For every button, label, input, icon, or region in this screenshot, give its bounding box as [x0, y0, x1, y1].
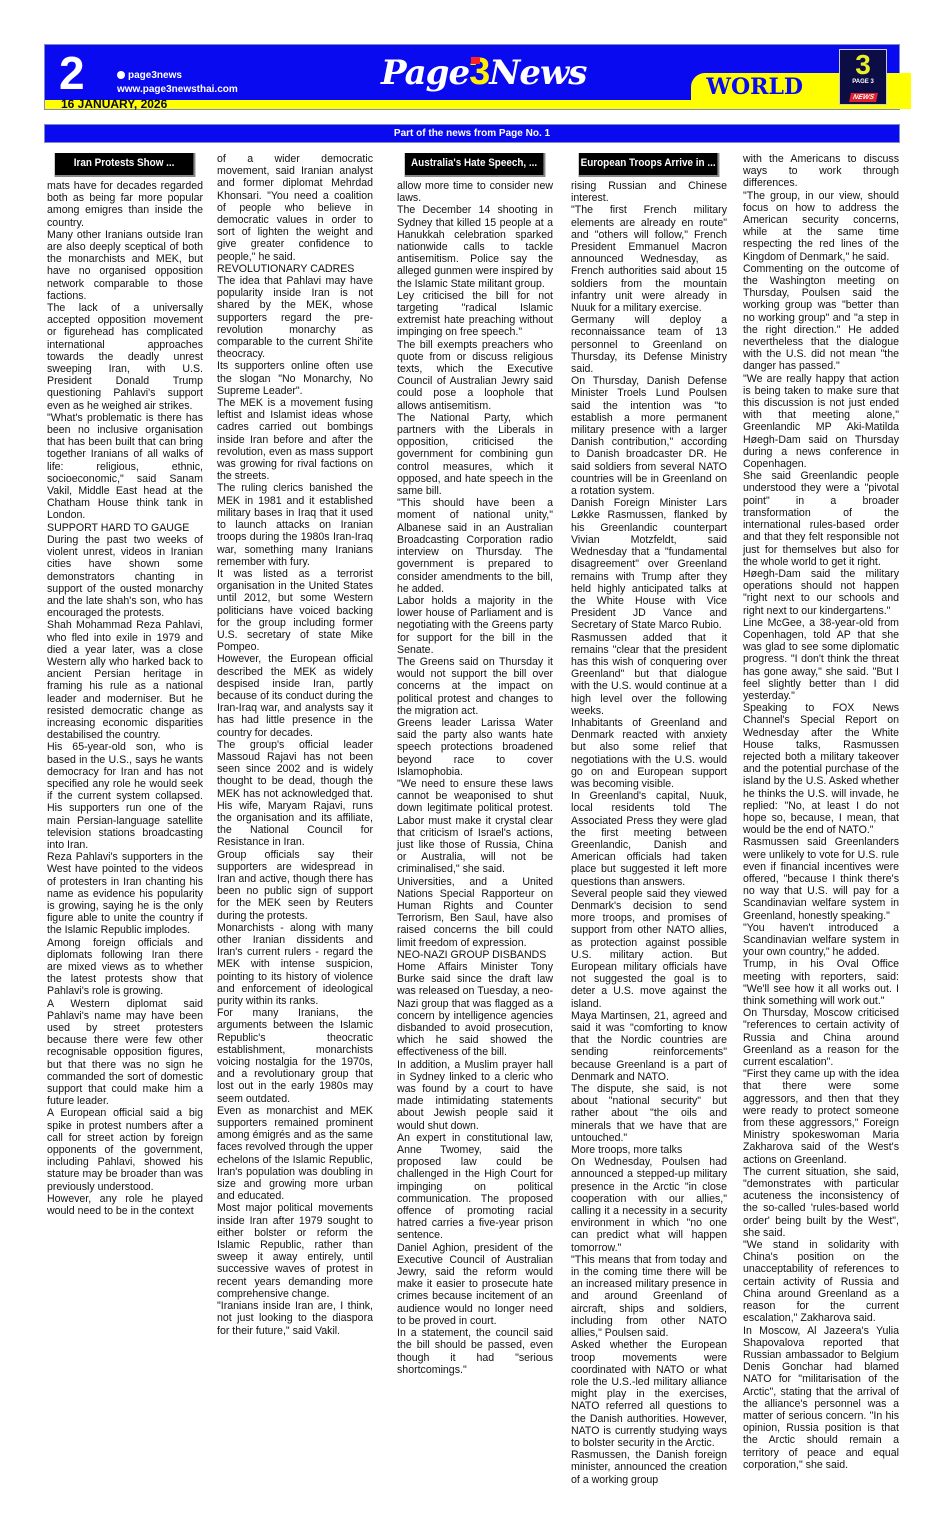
- article-header-australia[interactable]: Australia's Hate Speech, ...: [405, 153, 545, 177]
- article-column-european-troops-cont: with the Americans to discuss ways to wo…: [743, 153, 899, 1471]
- logo-number: 3: [469, 51, 489, 93]
- paragraph: mats have for decades regarded both as b…: [47, 180, 203, 229]
- article-header-european-troops[interactable]: European Troops Arrive in ...: [579, 153, 719, 177]
- paragraph: The dispute, she said, is not about "nat…: [571, 1083, 727, 1144]
- paragraph: Commenting on the outcome of the Washing…: [743, 263, 899, 373]
- paragraph: Its supporters online often use the slog…: [217, 360, 373, 397]
- paragraph: Rasmussen, the Danish foreign minister, …: [571, 1449, 727, 1486]
- article-body: rising Russian and Chinese interest."The…: [571, 180, 727, 1486]
- paragraph: Many other Iranians outside Iran are als…: [47, 229, 203, 302]
- article-column-european-troops: European Troops Arrive in ... rising Rus…: [571, 153, 727, 1486]
- paragraph: A European official said a big spike in …: [47, 1107, 203, 1192]
- paragraph: She said Greenlandic people understood t…: [743, 470, 899, 568]
- paragraph: "What's problematic is there has been no…: [47, 412, 203, 522]
- paragraph: The Greens said on Thursday it would not…: [397, 656, 553, 717]
- article-column-iran: Iran Protests Show ... mats have for dec…: [47, 153, 203, 1217]
- paragraph: On Thursday, Danish Defense Minister Tro…: [571, 375, 727, 497]
- paragraph: Trump, in his Oval Office meeting with r…: [743, 958, 899, 1007]
- article-body: mats have for decades regarded both as b…: [47, 180, 203, 1217]
- paragraph: "We stand in solidarity with China's pos…: [743, 1239, 899, 1324]
- paragraph: allow more time to consider new laws.: [397, 180, 553, 204]
- paragraph: On Thursday, Moscow criticised "referenc…: [743, 1007, 899, 1068]
- paragraph: "You haven't introduced a Scandinavian w…: [743, 922, 899, 959]
- website-link[interactable]: www.page3newsthai.com: [117, 83, 238, 97]
- paragraph: Reza Pahlavi's supporters in the West ha…: [47, 851, 203, 936]
- paragraph: "Iranians inside Iran are, I think, not …: [217, 1300, 373, 1337]
- page-number: 2: [59, 45, 85, 101]
- paragraph: "The group, in our view, should focus on…: [743, 190, 899, 263]
- social-handle: page3news: [128, 70, 182, 81]
- paragraph: In addition, a Muslim prayer hall in Syd…: [397, 1059, 553, 1132]
- paragraph: On Wednesday, Poulsen had announced a st…: [571, 1156, 727, 1254]
- article-body: allow more time to consider new laws.The…: [397, 180, 553, 1376]
- paragraph: Group officials say their supporters are…: [217, 849, 373, 922]
- article-header-iran[interactable]: Iran Protests Show ...: [55, 153, 195, 177]
- subheading: NEO-NAZI GROUP DISBANDS: [397, 949, 553, 961]
- paragraph: For many Iranians, the arguments between…: [217, 1007, 373, 1105]
- paragraph: In Greenland's capital, Nuuk, local resi…: [571, 790, 727, 888]
- paragraph: The ruling clerics banished the MEK in 1…: [217, 482, 373, 567]
- masthead: 2 page3news www.page3newsthai.com 16 JAN…: [44, 44, 900, 110]
- paragraph: The bill exempts preachers who quote fro…: [397, 339, 553, 412]
- article-body: with the Americans to discuss ways to wo…: [743, 153, 899, 1471]
- paragraph: Danish Foreign Minister Lars Løkke Rasmu…: [571, 497, 727, 631]
- paragraph: The group's official leader Massoud Raja…: [217, 739, 373, 849]
- paragraph: Ley criticised the bill for not targetin…: [397, 290, 553, 339]
- article-column-iran-cont: of a wider democratic movement, said Ira…: [217, 153, 373, 1337]
- article-column-australia: Australia's Hate Speech, ... allow more …: [397, 153, 553, 1376]
- subheading: More troops, more talks: [571, 1144, 727, 1156]
- paragraph: Speaking to FOX News Channel's Special R…: [743, 702, 899, 836]
- paragraph: Inhabitants of Greenland and Denmark rea…: [571, 717, 727, 790]
- paragraph: The idea that Pahlavi may have popularit…: [217, 275, 373, 360]
- paragraph: The National Party, which partners with …: [397, 412, 553, 497]
- badge-number: 3: [840, 52, 886, 78]
- paragraph: The current situation, she said, "demons…: [743, 1166, 899, 1239]
- paragraph: Home Affairs Minister Tony Burke said si…: [397, 961, 553, 1059]
- paragraph: In a statement, the council said the bil…: [397, 1327, 553, 1376]
- paragraph: Monarchists - along with many other Iran…: [217, 922, 373, 1007]
- paragraph: During the past two weeks of violent unr…: [47, 534, 203, 619]
- paragraph: However, any role he played would need t…: [47, 1193, 203, 1217]
- paragraph: However, the European official described…: [217, 653, 373, 738]
- paragraph: "This should have been a moment of natio…: [397, 497, 553, 595]
- paragraph: "We are really happy that action is bein…: [743, 373, 899, 471]
- paragraph: Even as monarchist and MEK supporters re…: [217, 1105, 373, 1203]
- paragraph: It was listed as a terrorist organisatio…: [217, 568, 373, 653]
- site-info: page3news www.page3newsthai.com: [117, 69, 238, 97]
- continued-banner: Part of the news from Page No. 1: [44, 124, 900, 143]
- logo-word-news: News: [489, 53, 586, 93]
- paragraph: Germany will deploy a reconnaissance tea…: [571, 314, 727, 375]
- paragraph: of a wider democratic movement, said Ira…: [217, 153, 373, 263]
- logo-word-page: Page: [381, 53, 469, 93]
- paragraph: Rasmussen said Greenlanders were unlikel…: [743, 836, 899, 921]
- paragraph: The lack of a universally accepted oppos…: [47, 302, 203, 412]
- paragraph: Shah Mohammad Reza Pahlavi, who fled int…: [47, 619, 203, 741]
- subheading: SUPPORT HARD TO GAUGE: [47, 522, 203, 534]
- paragraph: rising Russian and Chinese interest.: [571, 180, 727, 204]
- paragraph: "The first French military elements are …: [571, 204, 727, 314]
- paragraph: Daniel Aghion, president of the Executiv…: [397, 1242, 553, 1327]
- paragraph: with the Americans to discuss ways to wo…: [743, 153, 899, 190]
- page3news-logo[interactable]: Page3News: [381, 49, 586, 96]
- paragraph: Universities, and a United Nations Speci…: [397, 876, 553, 949]
- paragraph: "We need to ensure these laws cannot be …: [397, 778, 553, 876]
- paragraph: Line McGee, a 38-year-old from Copenhage…: [743, 617, 899, 702]
- section-label: WORLD: [706, 76, 803, 98]
- paragraph: Several people said they viewed Denmark'…: [571, 888, 727, 1010]
- paragraph: His 65-year-old son, who is based in the…: [47, 741, 203, 851]
- subheading: REVOLUTIONARY CADRES: [217, 263, 373, 275]
- paragraph: A Western diplomat said Pahlavi's name m…: [47, 998, 203, 1108]
- paragraph: "First they came up with the idea that t…: [743, 1068, 899, 1166]
- paragraph: An expert in constitutional law, Anne Tw…: [397, 1132, 553, 1242]
- badge-line2: NEWS: [849, 93, 878, 102]
- paragraph: Labor holds a majority in the lower hous…: [397, 595, 553, 656]
- paragraph: Høegh-Dam said the military operations s…: [743, 568, 899, 617]
- globe-icon: [117, 71, 125, 79]
- paragraph: Greens leader Larissa Water said the par…: [397, 717, 553, 778]
- paragraph: In Moscow, Al Jazeera's Yulia Shapovalov…: [743, 1325, 899, 1471]
- issue-date: 16 JANUARY, 2026: [61, 98, 167, 110]
- paragraph: The December 14 shooting in Sydney that …: [397, 204, 553, 289]
- badge-line1: PAGE 3: [840, 78, 886, 86]
- article-body: of a wider democratic movement, said Ira…: [217, 153, 373, 1337]
- paragraph: "This means that from today and in the c…: [571, 1254, 727, 1339]
- paragraph: Maya Martinsen, 21, agreed and said it w…: [571, 1010, 727, 1083]
- paragraph: Rasmussen added that it remains "clear t…: [571, 632, 727, 717]
- paragraph: Among foreign officials and diplomats fo…: [47, 937, 203, 998]
- paragraph: Most major political movements inside Ir…: [217, 1202, 373, 1300]
- page3-badge-icon: 3 PAGE 3 NEWS: [839, 49, 887, 105]
- paragraph: The MEK is a movement fusing leftist and…: [217, 397, 373, 482]
- paragraph: Asked whether the European troop movemen…: [571, 1339, 727, 1449]
